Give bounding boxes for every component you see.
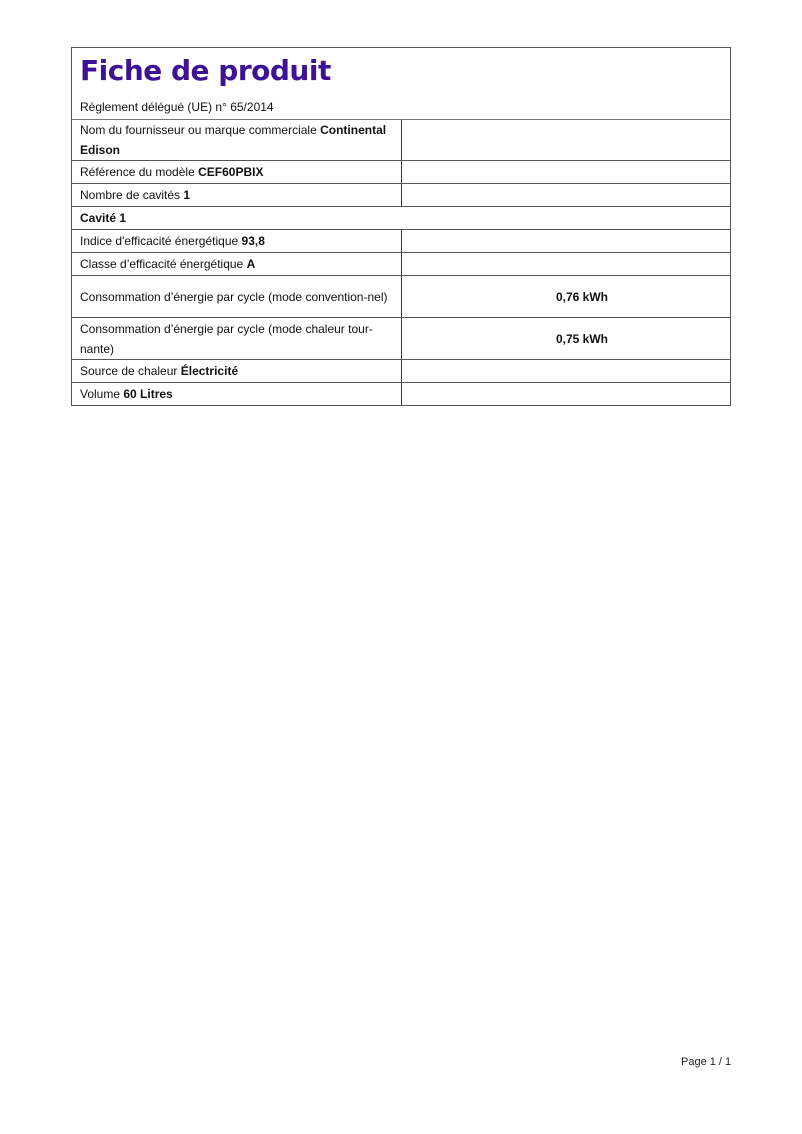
cell-value: [402, 253, 731, 276]
product-sheet: Fiche de produit Règlement délégué (UE) …: [71, 47, 731, 406]
cell-label: Nom du fournisseur ou marque commerciale…: [72, 120, 402, 161]
sheet-header: Fiche de produit Règlement délégué (UE) …: [72, 48, 730, 120]
cell-label: Référence du modèle CEF60PBIX: [72, 161, 402, 184]
cell-label: Volume 60 Litres: [72, 383, 402, 406]
table-row-heat-source: Source de chaleur Électricité: [72, 360, 730, 383]
page-title: Fiche de produit: [80, 52, 722, 90]
cell-label: Consommation d’énergie par cycle (mode c…: [72, 318, 402, 360]
table-row-efficiency-class: Classe d’efficacité énergétique A: [72, 253, 730, 276]
cell-label: Classe d’efficacité énergétique A: [72, 253, 402, 276]
cell-label: Consommation d’énergie par cycle (mode c…: [72, 276, 402, 318]
cell-value: [402, 360, 731, 383]
table-row-cavity-heading: Cavité 1: [72, 207, 730, 230]
cell-label: Nombre de cavités 1: [72, 184, 402, 207]
cell-value: [402, 120, 731, 161]
cell-label: Indice d'efficacité énergétique 93,8: [72, 230, 402, 253]
cavity-heading: Cavité 1: [72, 207, 730, 230]
table-row-consumption-fan: Consommation d’énergie par cycle (mode c…: [72, 318, 730, 360]
cell-value: [402, 184, 731, 207]
table-row-supplier: Nom du fournisseur ou marque commerciale…: [72, 120, 730, 161]
regulation-subtitle: Règlement délégué (UE) n° 65/2014: [80, 100, 722, 114]
table-row-volume: Volume 60 Litres: [72, 383, 730, 406]
table-row-consumption-conventional: Consommation d’énergie par cycle (mode c…: [72, 276, 730, 318]
cell-value: [402, 383, 731, 406]
table-row-model: Référence du modèle CEF60PBIX: [72, 161, 730, 184]
cell-value: [402, 161, 731, 184]
table-row-cavities: Nombre de cavités 1: [72, 184, 730, 207]
cell-value: 0,76 kWh: [402, 276, 731, 318]
cell-label: Source de chaleur Électricité: [72, 360, 402, 383]
cell-value: 0,75 kWh: [402, 318, 731, 360]
page-number: Page 1 / 1: [681, 1056, 731, 1068]
cell-value: [402, 230, 731, 253]
table-row-efficiency-index: Indice d'efficacité énergétique 93,8: [72, 230, 730, 253]
product-table: Nom du fournisseur ou marque commerciale…: [72, 120, 730, 406]
